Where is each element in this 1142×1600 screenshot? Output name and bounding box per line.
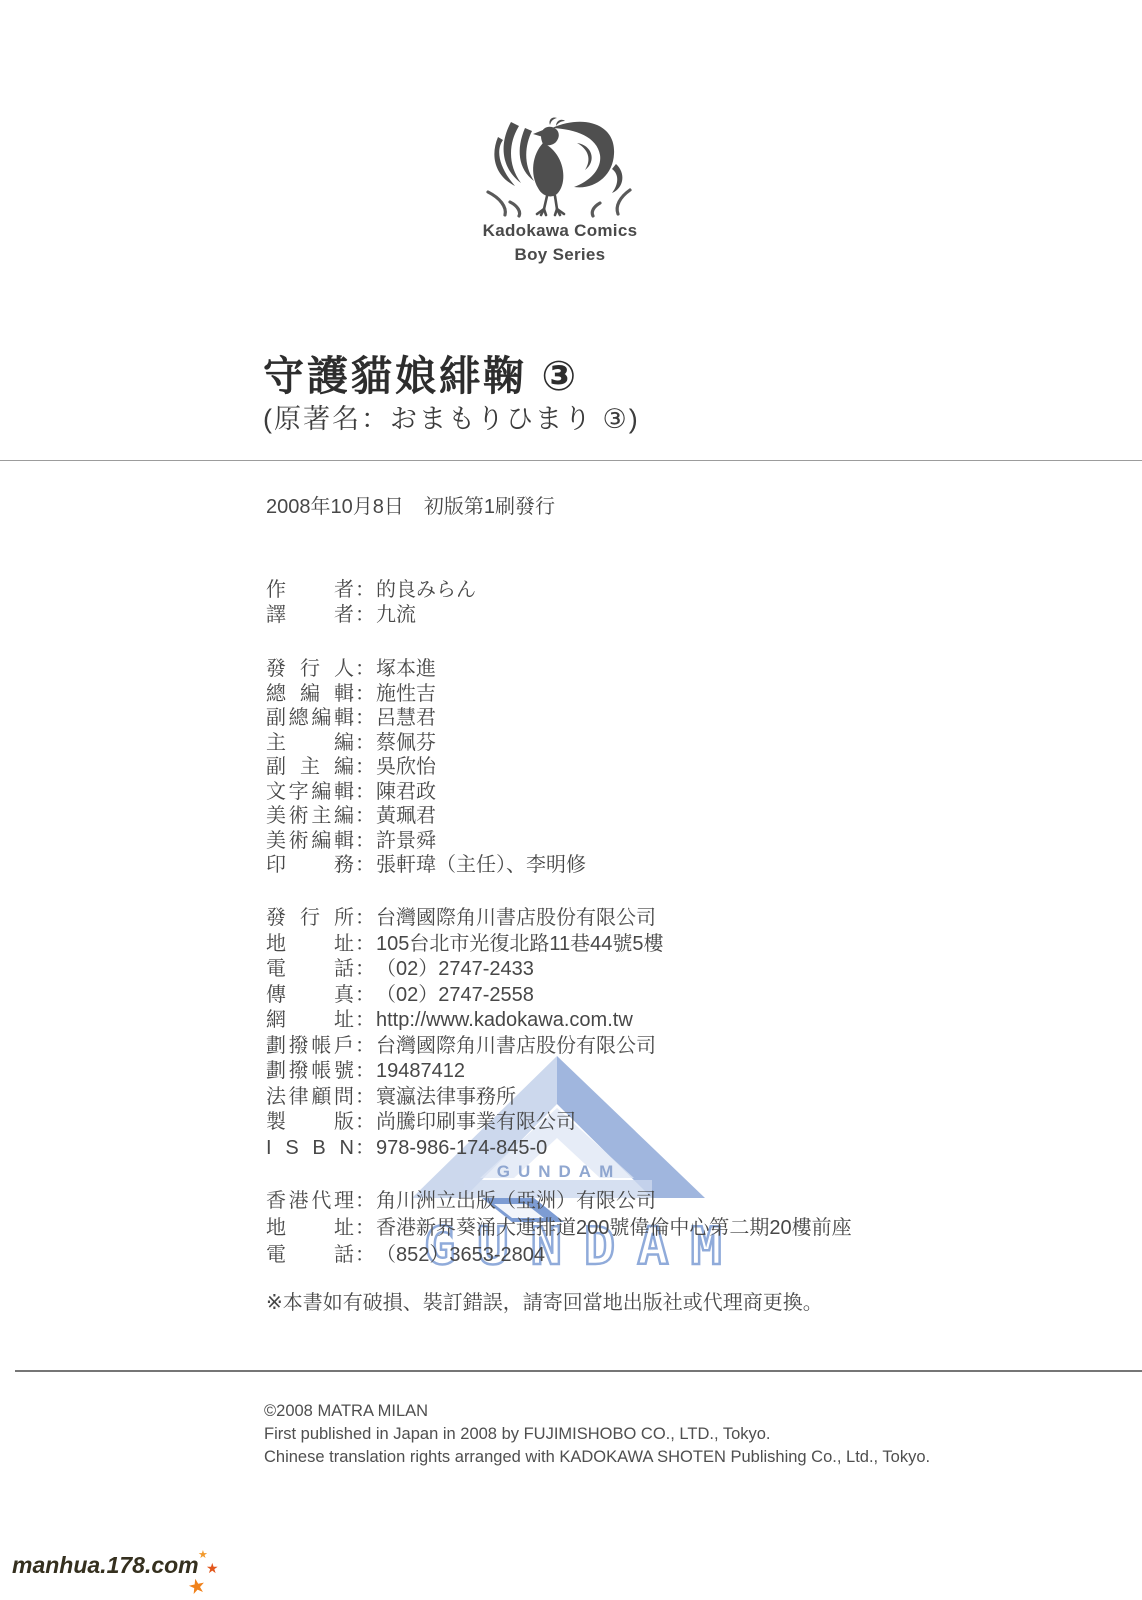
damage-notice: ※本書如有破損、裝訂錯誤，請寄回當地出版社或代理商更換。 [266, 1290, 823, 1316]
field-value: 黃珮君 [376, 804, 436, 829]
field-value: （852）3653-2804 [376, 1242, 545, 1269]
authors-block: 作 者：的良みらん 譯 者：九流 [266, 578, 476, 628]
field-label: 電 話 [266, 1242, 354, 1269]
staff-row: 發 行 人：塚本進 [266, 657, 586, 682]
publisher-row: 電 話：（02）2747-2433 [266, 957, 664, 983]
publisher-row: 地 址：105台北市光復北路11巷44號5樓 [266, 932, 664, 958]
hk-agent-block: 香港代理：角川洲立出版（亞洲）有限公司 地 址：香港新界葵涌大連排道200號偉倫… [266, 1188, 852, 1269]
field-value: 蔡佩芬 [376, 731, 436, 756]
field-value: 105台北市光復北路11巷44號5樓 [376, 932, 664, 958]
site-watermark-text: manhua.178.com [12, 1552, 199, 1578]
kadokawa-phoenix-logo [480, 116, 640, 218]
publisher-row: 劃撥帳號：19487412 [266, 1059, 664, 1085]
staff-row: 印 務：張軒瑋（主任）、李明修 [266, 853, 586, 878]
colon: ： [354, 1188, 376, 1215]
divider-top [0, 460, 1142, 461]
copyright-block: ©2008 MATRA MILAN First published in Jap… [264, 1400, 930, 1469]
colon: ： [354, 578, 376, 603]
colon: ： [354, 906, 376, 932]
field-label: 發 行 人 [266, 657, 354, 682]
field-label: 美術主編 [266, 804, 354, 829]
publisher-row: 製 版：尚騰印刷事業有限公司 [266, 1110, 664, 1136]
colon: ： [354, 780, 376, 805]
edition-line: 2008年10月8日 初版第1刷發行 [266, 494, 555, 520]
field-label: 譯 者 [266, 603, 354, 628]
field-value: 塚本進 [376, 657, 436, 682]
staff-row: 主 編：蔡佩芬 [266, 731, 586, 756]
copyright-line2: First published in Japan in 2008 by FUJI… [264, 1423, 930, 1446]
field-label: 劃撥帳號 [266, 1059, 354, 1085]
colon: ： [354, 853, 376, 878]
hk-row: 香港代理：角川洲立出版（亞洲）有限公司 [266, 1188, 852, 1215]
field-value: 施性吉 [376, 682, 436, 707]
publisher-block: 發 行 所：台灣國際角川書店股份有限公司 地 址：105台北市光復北路11巷44… [266, 906, 664, 1161]
field-value: 寰瀛法律事務所 [376, 1085, 516, 1111]
staff-row: 副 主 編：吳欣怡 [266, 755, 586, 780]
brand-text: Kadokawa Comics Boy Series [400, 219, 720, 267]
colon: ： [354, 755, 376, 780]
colon: ： [354, 1136, 376, 1162]
colon: ： [354, 1110, 376, 1136]
field-value: 許景舜 [376, 829, 436, 854]
publisher-row: 法律顧問：寰瀛法律事務所 [266, 1085, 664, 1111]
staff-row: 美術編輯：許景舜 [266, 829, 586, 854]
original-title: (原著名：おまもりひまり ③) [263, 402, 640, 436]
field-label: 副總編輯 [266, 706, 354, 731]
brand-line2: Boy Series [400, 243, 720, 267]
field-label: 美術編輯 [266, 829, 354, 854]
colon: ： [354, 657, 376, 682]
phoenix-icon [480, 116, 640, 218]
colon: ： [354, 957, 376, 983]
field-label: 製 版 [266, 1110, 354, 1136]
colon: ： [354, 706, 376, 731]
field-value: 台灣國際角川書店股份有限公司 [376, 906, 656, 932]
colon: ： [354, 1008, 376, 1034]
field-value: 19487412 [376, 1059, 465, 1085]
star-icon: ★ [206, 1560, 219, 1577]
field-label: 網 址 [266, 1008, 354, 1034]
staff-row: 美術主編：黃珮君 [266, 804, 586, 829]
field-label: 主 編 [266, 731, 354, 756]
book-title: 守護貓娘緋鞠 ③ [263, 352, 640, 400]
colon: ： [354, 804, 376, 829]
colon: ： [354, 682, 376, 707]
colon: ： [354, 983, 376, 1009]
field-value: 香港新界葵涌大連排道200號偉倫中心第二期20樓前座 [376, 1215, 852, 1242]
field-label: 作 者 [266, 578, 354, 603]
colon: ： [354, 1242, 376, 1269]
publisher-row: 網 址：http://www.kadokawa.com.tw [266, 1008, 664, 1034]
colon: ： [354, 1215, 376, 1242]
copyright-line1: ©2008 MATRA MILAN [264, 1400, 930, 1423]
field-value: 的良みらん [376, 578, 476, 603]
isbn-value: 978-986-174-845-0 [376, 1136, 547, 1162]
staff-row: 副總編輯：呂慧君 [266, 706, 586, 731]
field-label: 總 編 輯 [266, 682, 354, 707]
content-layer: Kadokawa Comics Boy Series 守護貓娘緋鞠 ③ (原著名… [0, 0, 1142, 1600]
hk-row: 電 話：（852）3653-2804 [266, 1242, 852, 1269]
field-value: 角川洲立出版（亞洲）有限公司 [376, 1188, 656, 1215]
publisher-row: 劃撥帳戶：台灣國際角川書店股份有限公司 [266, 1034, 664, 1060]
staff-block: 發 行 人：塚本進 總 編 輯：施性吉 副總編輯：呂慧君 主 編：蔡佩芬 副 主… [266, 657, 586, 878]
publisher-row: 傳 真：（02）2747-2558 [266, 983, 664, 1009]
colophon-page: GUNDAM GUNDAM [0, 0, 1142, 1600]
field-value: 九流 [376, 603, 416, 628]
colon: ： [354, 603, 376, 628]
star-icon: ★ [186, 1572, 209, 1600]
field-label: 傳 真 [266, 983, 354, 1009]
field-label: 電 話 [266, 957, 354, 983]
colon: ： [354, 829, 376, 854]
brand-line1: Kadokawa Comics [400, 219, 720, 243]
field-value: 陳君政 [376, 780, 436, 805]
site-watermark: manhua.178.com ★ ★ ★ [12, 1552, 199, 1579]
credit-row: 譯 者：九流 [266, 603, 476, 628]
hk-row: 地 址：香港新界葵涌大連排道200號偉倫中心第二期20樓前座 [266, 1215, 852, 1242]
field-label: 法律顧問 [266, 1085, 354, 1111]
field-value: 台灣國際角川書店股份有限公司 [376, 1034, 656, 1060]
field-label: I S B N [266, 1136, 354, 1162]
colon: ： [354, 1034, 376, 1060]
field-label: 地 址 [266, 932, 354, 958]
colon: ： [354, 1059, 376, 1085]
field-label: 香港代理 [266, 1188, 354, 1215]
field-label: 印 務 [266, 853, 354, 878]
field-value: 呂慧君 [376, 706, 436, 731]
colon: ： [354, 932, 376, 958]
field-value: 吳欣怡 [376, 755, 436, 780]
title-block: 守護貓娘緋鞠 ③ (原著名：おまもりひまり ③) [263, 352, 640, 436]
field-label: 發 行 所 [266, 906, 354, 932]
credit-row: 作 者：的良みらん [266, 578, 476, 603]
field-label: 劃撥帳戶 [266, 1034, 354, 1060]
field-label: 副 主 編 [266, 755, 354, 780]
staff-row: 總 編 輯：施性吉 [266, 682, 586, 707]
publisher-row: 發 行 所：台灣國際角川書店股份有限公司 [266, 906, 664, 932]
field-value: 張軒瑋（主任）、李明修 [376, 853, 586, 878]
colon: ： [354, 731, 376, 756]
divider-bottom [15, 1370, 1142, 1372]
field-label: 地 址 [266, 1215, 354, 1242]
field-label: 文字編輯 [266, 780, 354, 805]
copyright-line3: Chinese translation rights arranged with… [264, 1446, 930, 1469]
field-value: （02）2747-2433 [376, 957, 534, 983]
field-value: 尚騰印刷事業有限公司 [376, 1110, 576, 1136]
colon: ： [354, 1085, 376, 1111]
field-value: （02）2747-2558 [376, 983, 534, 1009]
staff-row: 文字編輯：陳君政 [266, 780, 586, 805]
website-url: http://www.kadokawa.com.tw [376, 1008, 633, 1034]
publisher-row: I S B N：978-986-174-845-0 [266, 1136, 664, 1162]
